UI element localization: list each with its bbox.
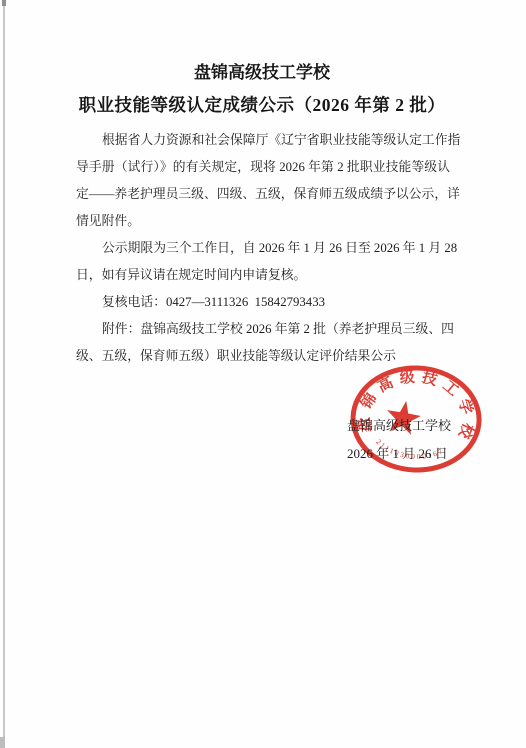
document-title-line2: 职业技能等级认定成绩公示（2026 年第 2 批） — [76, 92, 448, 118]
body-line: 公示期限为三个工作日，自 2026 年 1 月 26 日至 2026 年 1 月… — [76, 235, 450, 262]
signature-date: 2026 年 1 月 26 日 — [347, 440, 451, 468]
body-line: 定——养老护理员三级、四级、五级，保育师五级成绩予以公示，详 — [76, 181, 450, 208]
scan-bottom-artifact — [0, 737, 5, 748]
signature-issuer: 盘锦高级技工学校 — [347, 412, 451, 440]
document-page: 盘锦高级技工学校 职业技能等级认定成绩公示（2026 年第 2 批） 根据省人力… — [0, 0, 526, 748]
body-line: 情见附件。 — [76, 208, 450, 235]
body-line: 日，如有异议请在规定时间内申请复核。 — [76, 262, 450, 289]
body-line-attachment: 附件：盘锦高级技工学校 2026 年第 2 批（养老护理员三级、四 — [76, 316, 450, 343]
scan-corner-artifact — [2, 0, 6, 6]
document-body: 根据省人力资源和社会保障厅《辽宁省职业技能等级认定工作指 导手册（试行）》的有关… — [76, 127, 450, 370]
signature-block: 盘锦高级技工学校 2026 年 1 月 26 日 — [347, 412, 451, 468]
body-line: 导手册（试行）》的有关规定，现将 2026 年第 2 批职业技能等级认 — [76, 154, 450, 181]
page-left-edge-line — [3, 0, 5, 748]
body-line-phone: 复核电话：0427—3111326 15842793433 — [76, 289, 450, 316]
body-line: 根据省人力资源和社会保障厅《辽宁省职业技能等级认定工作指 — [76, 127, 450, 154]
document-title-line1: 盘锦高级技工学校 — [76, 61, 448, 85]
